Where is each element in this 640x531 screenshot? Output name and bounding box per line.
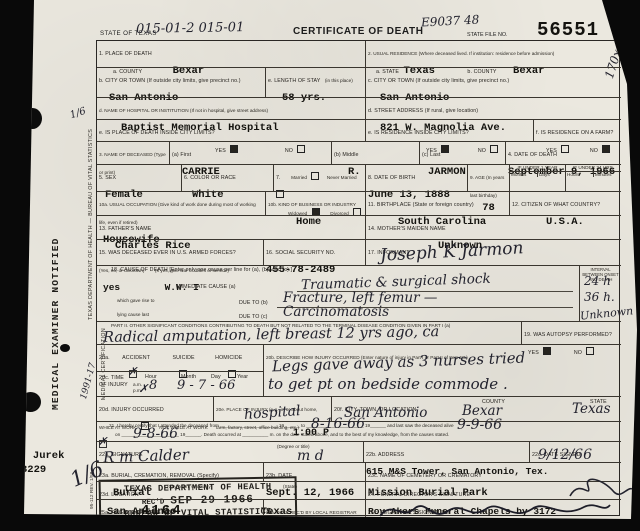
field-birthplace: 11. BIRTHPLACE (State or foreign country… [365, 191, 509, 215]
marital-never-label: Never Married [327, 175, 357, 180]
immediate-cause-label: IMMEDIATE CAUSE (a) [177, 284, 236, 291]
homicide-label: HOMICIDE [215, 355, 242, 361]
married-checkbox [311, 172, 319, 180]
field-armed-forces: 15. WAS DECEASED EVER IN U.S. ARMED FORC… [97, 239, 263, 265]
field-usual-residence: 2. USUAL RESIDENCE (Where deceased lived… [365, 41, 621, 67]
accident-label: ACCIDENT [122, 355, 150, 361]
state-file-no-label: STATE FILE NO. [467, 32, 508, 38]
handwritten-fraction-top: 1/6 [69, 106, 88, 121]
place-label: 1. PLACE OF DEATH [99, 51, 152, 57]
mother-label: 14. MOTHER'S MAIDEN NAME [368, 226, 446, 232]
due-to-c-label: DUE TO (c) [239, 314, 267, 321]
year-col-label: Year [237, 374, 248, 381]
field-last-name: (c) Last JARMON [419, 141, 505, 164]
last-name-label: (c) Last [422, 152, 440, 158]
field-color-or-race: 6. COLOR OR RACE White [181, 164, 273, 191]
residence-city-label: c. CITY OR TOWN (If outside city limits,… [368, 78, 509, 84]
death-time-value: 1:00 P [293, 428, 329, 439]
last-seen-date: 9-8-66 [133, 426, 178, 442]
location-sub1: (City, town, or county) [167, 484, 212, 490]
reg-file-value: 4164 [141, 503, 183, 519]
field-age: 9. AGE (In years last birthday) 78 [467, 164, 509, 191]
field-funeral-director: 24. FUNERAL DIRECTOR'S SIGNATURE Roy Ake… [365, 481, 621, 499]
handwritten-e-code: E9037 48 [421, 12, 480, 29]
field-date-signed: 22c. DATE SIGNED 9/12/66 [529, 441, 621, 462]
field-registrar-signature: 25c. REGISTRAR'S SIGNATURE [365, 499, 621, 517]
field-burial-date: 23b. DATE Sept. 12, 1966 [263, 462, 365, 481]
injury-description-line1: Legs gave away as 3 nurses tried [272, 349, 526, 376]
addr22-label: 22b. ADDRESS [366, 452, 404, 458]
field-burial-type: 23a. BURIAL, CREMATION, REMOVAL (Specify… [97, 462, 263, 481]
field-father-name: 13. FATHER'S NAME Charles Rice [97, 215, 365, 239]
race-label: 6. COLOR OR RACE [184, 175, 236, 181]
field-date-of-death: 4. DATE OF DEATH September 9, 1966 [505, 141, 621, 164]
field-mother-name: 14. MOTHER'S MAIDEN NAME Unknown [365, 215, 621, 239]
ssn-label: 16. SOCIAL SECURITY NO. [266, 250, 335, 256]
field-street-address: d. STREET ADDRESS (If rural, give locati… [365, 97, 621, 119]
reg-date-label: 25b. DATE REC'D BY LOCAL REGISTRAR [266, 510, 357, 515]
farm-label: f. IS RESIDENCE ON A FARM? [536, 130, 613, 136]
location-sub2: (State) [283, 484, 297, 490]
scanned-death-certificate: MEDICAL EXAMINER NOTIFIED TEXAS DEPARTME… [0, 0, 640, 531]
place-of-injury-value: hospital [244, 403, 302, 423]
dept-vertical-label: TEXAS DEPARTMENT OF HEALTH — BUREAU OF V… [88, 129, 94, 320]
field-registrar-date: 25b. DATE REC'D BY LOCAL REGISTRAR SEP 1… [263, 499, 365, 517]
c20-label: 20c. TIME OF INJURY [99, 375, 133, 388]
city-label: b. CITY OR TOWN (If outside city limits,… [99, 78, 241, 84]
due-to-c-value: Carcinomatosis [283, 304, 389, 320]
cause-label: 18. CAUSE OF DEATH [Enter only one cause… [97, 266, 579, 274]
stay-sub-label: (in this place) [325, 78, 353, 83]
cemetery-label: 23c. NAME OF CEMETERY OR CREMATORY [368, 473, 482, 479]
field-describe-injury: 20b. DESCRIBE HOW INJURY OCCURRED (Enter… [263, 344, 621, 396]
field-physician-signature: 22a. SIGNATURE (Degree or title) R m Cal… [97, 441, 363, 462]
under1-label: IF UNDER 1 YEAR [510, 165, 565, 172]
field-name-of-deceased: 3. NAME OF DECEASED (Type or print) [97, 141, 169, 164]
residence-label: 2. USUAL RESIDENCE (Where deceased lived… [368, 51, 554, 56]
suicide-label: SUICIDE [173, 355, 195, 361]
field-date-of-birth: 8. DATE OF BIRTH June 13, 1888 [365, 164, 467, 191]
hospital-label: d. NAME OF HOSPITAL OR INSTITUTION (If n… [99, 108, 268, 113]
field-residence-inside-limits: e. IS RESIDENCE INSIDE CITY LIMITS? YES … [365, 119, 533, 141]
marital-label: 7. [276, 175, 281, 181]
registrar-margin-name: W. Jurek [14, 450, 64, 462]
field-hospital: d. NAME OF HOSPITAL OR INSTITUTION (If n… [97, 97, 365, 119]
injury-description-line2: to get pt on bedside commode . [268, 375, 508, 393]
street-label: d. STREET ADDRESS (If rural, give locati… [368, 108, 478, 114]
under1-months-label: Months [510, 172, 538, 178]
field-citizen: 12. CITIZEN OF WHAT COUNTRY? U.S.A. [509, 191, 621, 215]
field-residence-city: c. CITY OR TOWN (If outside city limits,… [365, 67, 621, 97]
limits-label: e. IS PLACE OF DEATH INSIDE CITY LIMITS? [99, 130, 215, 136]
field-business-industry: 10b. KIND OF BUSINESS OR INDUSTRY Home [265, 191, 365, 215]
middle-name-label: (b) Middle [334, 152, 359, 158]
paper-sheet: MEDICAL EXAMINER NOTIFIED TEXAS DEPARTME… [0, 0, 640, 531]
field-informant: 17. INFORMANT Joseph K Jarmon [365, 239, 621, 265]
certificate-title: CERTIFICATE OF DEATH [293, 26, 424, 37]
stay-label: e. LENGTH OF STAY [268, 78, 320, 84]
field-city-of-death: b. CITY OR TOWN (If outside city limits,… [97, 67, 265, 97]
field-cause-of-death: 18. CAUSE OF DEATH [Enter only one cause… [97, 265, 579, 321]
birthplace-label: 11. BIRTHPLACE (State or foreign country… [368, 202, 474, 208]
injury-hour-value: 8 [149, 378, 157, 393]
ink-blob [20, 392, 41, 412]
registrar-signature-scribble [374, 498, 614, 522]
industry-label: 10b. KIND OF BUSINESS OR INDUSTRY [268, 202, 356, 207]
field-time-of-injury: 20c. TIME OF INJURY Hour Month Day Year … [97, 371, 263, 396]
field-part2-conditions: PART II. OTHER SIGNIFICANT CONDITIONS CO… [97, 321, 521, 344]
due-to-b-label: DUE TO (b) [239, 300, 268, 307]
field-place-of-death: 1. PLACE OF DEATH a. COUNTY Bexar [97, 41, 365, 67]
field-if-under-24-hrs: IF UNDER 24 HRS. Hours Minutes [565, 164, 621, 191]
date-signed-value: 9/12/66 [538, 447, 592, 463]
field-accident-suicide-homicide: 20a. ACCIDENT SUICIDE HOMICIDE [97, 344, 263, 371]
field-marital-status: 7. Married Never Married Widowed Divorce… [273, 164, 365, 191]
registrar-margin-number: 3229 [21, 464, 46, 476]
interval-b-value: 36 h. [584, 290, 615, 304]
first-name-label: (a) First [172, 152, 191, 158]
under24-label: IF UNDER 24 HRS. [566, 165, 621, 172]
field-usual-occupation: 10a. USUAL OCCUPATION (Give kind of work… [97, 191, 265, 215]
under24-minutes-label: Minutes [594, 172, 621, 178]
field-registrar-file-no: 25a. REGISTRAR'S FILE NO. 4164 [97, 499, 263, 517]
citizen-label: 12. CITIZEN OF WHAT COUNTRY? [512, 202, 600, 208]
field-sex: 5. SEX Female [97, 164, 181, 191]
a20-label: 20a. [99, 355, 110, 361]
autopsy-label: 19. WAS AUTOPSY PERFORMED? [524, 332, 612, 338]
attended-to-date: 9-9-66 [457, 417, 502, 433]
pm-ink-mark [141, 388, 143, 390]
cause-note2: lying cause last [117, 312, 149, 318]
informant-signature: Joseph K Jarmon [380, 238, 524, 265]
field-autopsy: 19. WAS AUTOPSY PERFORMED? YES NO [521, 321, 621, 344]
field-if-under-1-year: IF UNDER 1 YEAR Months Days [509, 164, 565, 191]
reg-date-value: SEP 1 3 1966 [266, 524, 357, 531]
res-limits-label: e. IS RESIDENCE INSIDE CITY LIMITS? [368, 130, 469, 136]
field-death-inside-limits: e. IS PLACE OF DEATH INSIDE CITY LIMITS?… [97, 119, 365, 141]
burial-label: 23a. BURIAL, CREMATION, REMOVAL (Specify… [99, 473, 219, 479]
field-physician-address: 22b. ADDRESS 615 M&S Tower, San Antonio,… [363, 441, 529, 462]
field-length-of-stay: e. LENGTH OF STAY (in this place) 58 yrs… [265, 67, 365, 97]
ink-blob [23, 108, 42, 129]
d20-label: 20d. INJURY OCCURRED [99, 407, 164, 413]
field-injury-occurred: 20d. INJURY OCCURRED WHILE AT WORK NOT W… [97, 396, 213, 421]
injury-state-value: Texas [572, 401, 611, 417]
burial-date-label: 23b. DATE [266, 473, 292, 479]
state-file-number: 56551 [537, 19, 599, 41]
handwritten-header-code: 015-01-2 015-01 [136, 20, 245, 37]
sex-label: 5. SEX [99, 175, 116, 181]
field-residence-on-farm: f. IS RESIDENCE ON A FARM? YES NO [533, 119, 621, 141]
field-interval-column: INTERVAL BETWEEN ONSET AND DEATH 24 h 36… [579, 265, 621, 321]
field-first-name: (a) First CARRIE [169, 141, 331, 164]
injury-date-value: 9 - 7 - 66 [177, 378, 235, 393]
father-label: 13. FATHER'S NAME [99, 226, 151, 232]
cause-note1: which gave rise to [117, 298, 155, 304]
interval-c-value: Unknown [579, 304, 633, 322]
ink-blob [60, 344, 70, 352]
certificate-form: 1. PLACE OF DEATH a. COUNTY Bexar 2. USU… [96, 40, 620, 516]
medical-examiner-stamp: MEDICAL EXAMINER NOTIFIED [50, 237, 61, 410]
dob-label: 8. DATE OF BIRTH [368, 175, 415, 181]
location-label: 23d. LOCATION [99, 492, 139, 498]
field-certification-statement: 21. I hereby certify that I attended the… [97, 421, 621, 441]
dod-label: 4. DATE OF DEATH [508, 152, 557, 158]
field-middle-name: (b) Middle R. [331, 141, 419, 164]
armed-label: 15. WAS DECEASED EVER IN U.S. ARMED FORC… [99, 250, 236, 256]
field-social-security: 16. SOCIAL SECURITY NO. 455-78-2489 [263, 239, 365, 265]
marital-married-label: Married [291, 175, 307, 180]
under24-hours-label: Hours [566, 172, 594, 178]
ink-blob [23, 141, 31, 149]
field-burial-location: 23d. LOCATION (City, town, or county) (S… [97, 481, 365, 499]
under1-days-label: Days [538, 172, 565, 178]
interval-a-value: 24 h [584, 274, 611, 288]
